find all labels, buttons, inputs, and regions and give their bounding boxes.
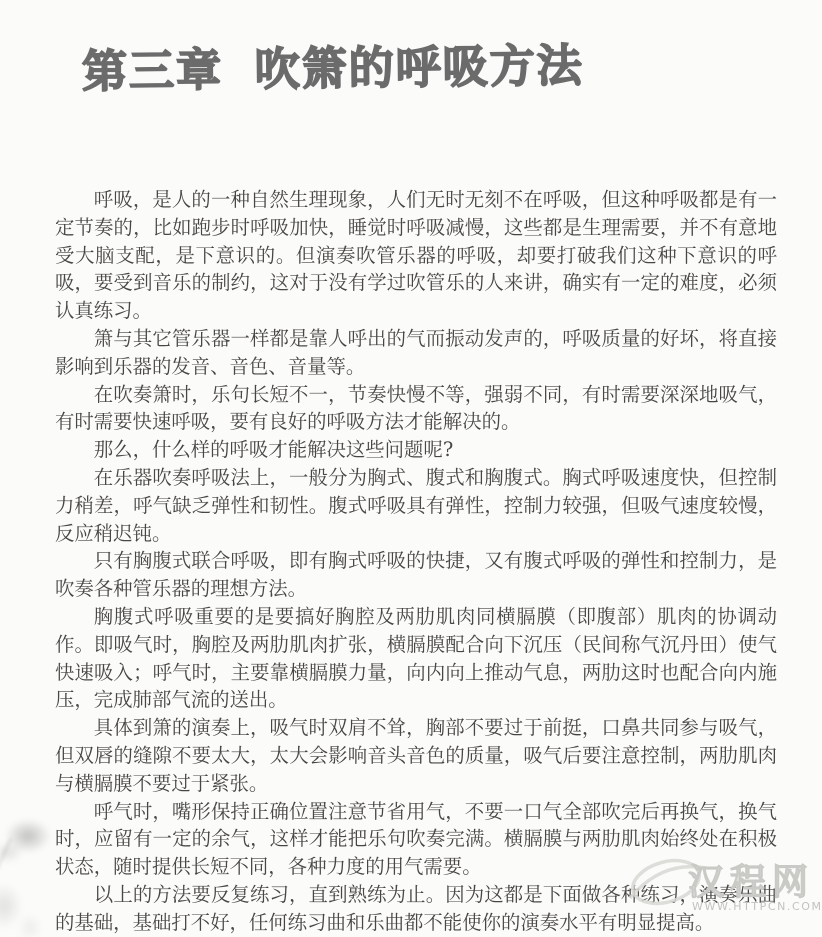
paragraph: 只有胸腹式联合呼吸，即有胸式呼吸的快捷，又有腹式呼吸的弹性和控制力，是吹奏各种管… (55, 547, 777, 603)
page-bleed-line (0, 838, 12, 937)
paragraph: 具体到箫的演奏上，吸气时双肩不耸，胸部不要过于前挺，口鼻共同参与吸气，但双唇的缝… (55, 714, 777, 797)
paragraph: 呼气时，嘴形保持正确位置注意节省用气，不要一口气全部吹完后再换气，换气时，应留有… (55, 798, 777, 881)
paragraph: 呼吸，是人的一种自然生理现象，人们无时无刻不在呼吸，但这种呼吸都是有一定节奏的，… (55, 186, 777, 325)
paragraph: 在吹奏箫时，乐句长短不一，节奏快慢不等，强弱不同，有时需要深深地吸气，有时需要快… (55, 381, 777, 437)
document-page: 第三章 吹箫的呼吸方法 呼吸，是人的一种自然生理现象，人们无时无刻不在呼吸，但这… (0, 0, 822, 937)
paragraph: 在乐器吹奏呼吸法上，一般分为胸式、腹式和胸腹式。胸式呼吸速度快，但控制力稍差，呼… (55, 464, 777, 547)
paragraph: 胸腹式呼吸重要的是要搞好胸腔及两肋肌肉同横膈膜（即腹部）肌肉的协调动作。即吸气时… (55, 603, 777, 714)
chapter-title: 第三章 吹箫的呼吸方法 (82, 35, 584, 103)
paragraph: 那么，什么样的呼吸才能解决这些问题呢? (55, 436, 777, 464)
paragraph: 箫与其它管乐器一样都是靠人呼出的气而振动发声的，呼吸质量的好坏，将直接影响到乐器… (55, 325, 777, 381)
body-text: 呼吸，是人的一种自然生理现象，人们无时无刻不在呼吸，但这种呼吸都是有一定节奏的，… (55, 186, 777, 937)
paragraph: 以上的方法要反复练习，直到熟练为止。因为这都是下面做各种练习，演奏乐曲的基础，基… (55, 881, 777, 937)
